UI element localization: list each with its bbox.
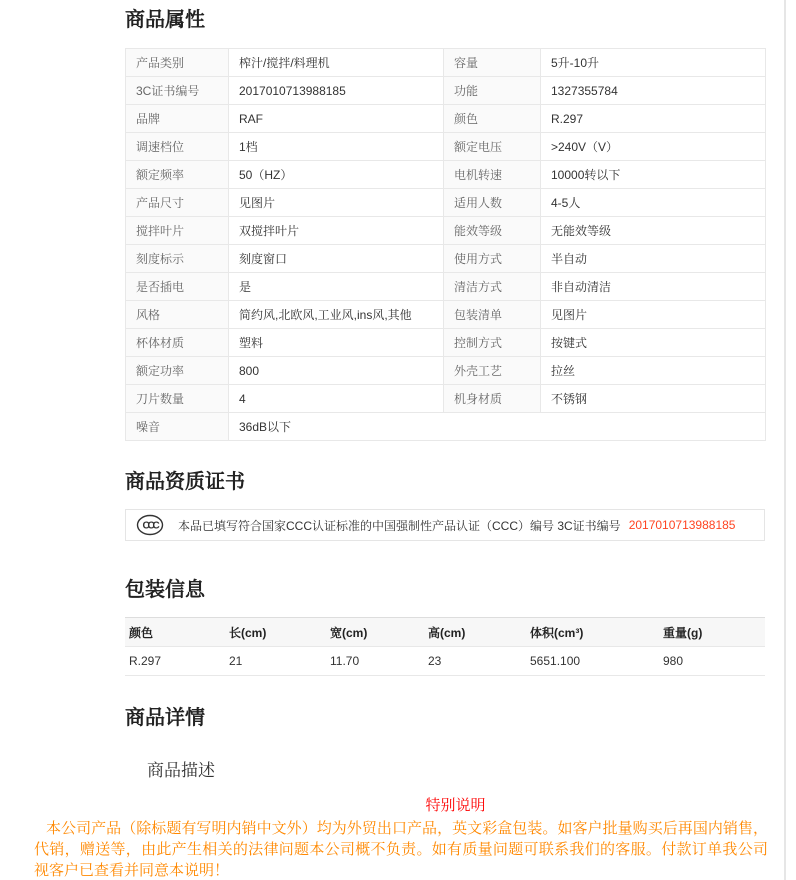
- attr-left-label: 品牌: [126, 105, 229, 133]
- attr-left-value: 塑料: [229, 329, 444, 357]
- certificate-text: 本品已填写符合国家CCC认证标准的中国强制性产品认证（CCC）编号 3C证书编号: [178, 517, 621, 534]
- attr-right-label: 额定电压: [444, 133, 541, 161]
- attribute-row: 是否插电是清洁方式非自动清洁: [126, 273, 766, 301]
- attr-right-value: 4-5人: [541, 189, 766, 217]
- attribute-row: 额定频率50（HZ）电机转速10000转以下: [126, 161, 766, 189]
- attr-left-value: RAF: [229, 105, 444, 133]
- special-note: 特别说明 本公司产品（除标题有写明内销中文外）均为外贸出口产品，英文彩盒包装。如…: [0, 796, 796, 880]
- section-title-details: 商品详情: [125, 707, 765, 729]
- certificate-box: CCC 本品已填写符合国家CCC认证标准的中国强制性产品认证（CCC）编号 3C…: [125, 509, 765, 541]
- attr-right-value: R.297: [541, 105, 766, 133]
- attr-right-label: 功能: [444, 77, 541, 105]
- attr-left-label: 3C证书编号: [126, 77, 229, 105]
- attribute-row: 噪音36dB以下: [126, 413, 766, 441]
- packaging-data-cell: 21: [225, 647, 326, 676]
- attr-right-label: 外壳工艺: [444, 357, 541, 385]
- attr-right-value: 按键式: [541, 329, 766, 357]
- attr-right-label: 机身材质: [444, 385, 541, 413]
- attr-left-value: 刻度窗口: [229, 245, 444, 273]
- attribute-row: 搅拌叶片双搅拌叶片能效等级无能效等级: [126, 217, 766, 245]
- packaging-data-cell: 11.70: [326, 647, 424, 676]
- attr-right-label: 容量: [444, 49, 541, 77]
- attr-left-label: 杯体材质: [126, 329, 229, 357]
- attr-left-value: 是: [229, 273, 444, 301]
- attr-right-label: 适用人数: [444, 189, 541, 217]
- attr-left-label: 产品类别: [126, 49, 229, 77]
- section-title-attributes: 商品属性: [125, 9, 765, 31]
- attr-left-value: 1档: [229, 133, 444, 161]
- attr-right-value: 无能效等级: [541, 217, 766, 245]
- attribute-row: 风格简约风,北欧风,工业风,ins风,其他包装清单见图片: [126, 301, 766, 329]
- attr-left-value: 800: [229, 357, 444, 385]
- attr-left-label: 是否插电: [126, 273, 229, 301]
- attr-left-value: 榨汁/搅拌/料理机: [229, 49, 444, 77]
- special-note-title: 特别说明: [0, 796, 796, 815]
- packaging-data-cell: R.297: [125, 647, 225, 676]
- attr-right-value: 1327355784: [541, 77, 766, 105]
- attribute-row: 产品类别榨汁/搅拌/料理机容量5升-10升: [126, 49, 766, 77]
- attr-right-value: 见图片: [541, 301, 766, 329]
- packaging-header-cell: 长(cm): [225, 618, 326, 647]
- attr-right-value: >240V（V）: [541, 133, 766, 161]
- attr-right-value: 拉丝: [541, 357, 766, 385]
- packaging-header-cell: 宽(cm): [326, 618, 424, 647]
- attr-right-value: 5升-10升: [541, 49, 766, 77]
- ccc-certification-icon: CCC: [136, 514, 164, 536]
- attr-left-label: 搅拌叶片: [126, 217, 229, 245]
- attr-left-label: 刀片数量: [126, 385, 229, 413]
- attr-left-value: 4: [229, 385, 444, 413]
- svg-text:CCC: CCC: [142, 521, 159, 532]
- certificate-number: 2017010713988185: [629, 518, 736, 532]
- attr-left-label: 额定频率: [126, 161, 229, 189]
- attribute-row: 3C证书编号2017010713988185功能1327355784: [126, 77, 766, 105]
- section-title-certificate: 商品资质证书: [125, 471, 765, 493]
- page-right-divider: [784, 0, 786, 880]
- attr-right-label: 使用方式: [444, 245, 541, 273]
- attr-right-label: 电机转速: [444, 161, 541, 189]
- attr-left-value: 见图片: [229, 189, 444, 217]
- packaging-header-row: 颜色长(cm)宽(cm)高(cm)体积(cm³)重量(g): [125, 618, 765, 647]
- packaging-table: 颜色长(cm)宽(cm)高(cm)体积(cm³)重量(g) R.2972111.…: [125, 617, 765, 676]
- attribute-row: 杯体材质塑料控制方式按键式: [126, 329, 766, 357]
- attr-right-label: 包装清单: [444, 301, 541, 329]
- attr-right-label: 控制方式: [444, 329, 541, 357]
- attribute-row: 产品尺寸见图片适用人数4-5人: [126, 189, 766, 217]
- attr-right-value: 非自动清洁: [541, 273, 766, 301]
- attr-left-label: 调速档位: [126, 133, 229, 161]
- attr-left-label: 产品尺寸: [126, 189, 229, 217]
- attr-left-label: 风格: [126, 301, 229, 329]
- packaging-data-row: R.2972111.70235651.100980: [125, 647, 765, 676]
- attribute-row: 调速档位1档额定电压>240V（V）: [126, 133, 766, 161]
- attr-left-label: 刻度标示: [126, 245, 229, 273]
- attr-left-value: 50（HZ）: [229, 161, 444, 189]
- product-detail-content: 商品属性 产品类别榨汁/搅拌/料理机容量5升-10升3C证书编号20170107…: [125, 0, 765, 781]
- attr-left-label: 额定功率: [126, 357, 229, 385]
- packaging-data-cell: 980: [659, 647, 765, 676]
- attr-right-label: 颜色: [444, 105, 541, 133]
- attribute-row: 品牌RAF颜色R.297: [126, 105, 766, 133]
- attr-right-value: 10000转以下: [541, 161, 766, 189]
- attribute-row: 刻度标示刻度窗口使用方式半自动: [126, 245, 766, 273]
- section-title-packaging: 包装信息: [125, 579, 765, 601]
- attr-right-label: 清洁方式: [444, 273, 541, 301]
- attr-left-label: 噪音: [126, 413, 229, 441]
- packaging-data-cell: 5651.100: [526, 647, 659, 676]
- packaging-header-cell: 高(cm): [424, 618, 526, 647]
- packaging-data-cell: 23: [424, 647, 526, 676]
- packaging-header-cell: 体积(cm³): [526, 618, 659, 647]
- attr-left-value: 简约风,北欧风,工业风,ins风,其他: [229, 301, 444, 329]
- attr-left-value: 2017010713988185: [229, 77, 444, 105]
- attr-right-label: 能效等级: [444, 217, 541, 245]
- attr-right-value: 不锈钢: [541, 385, 766, 413]
- special-note-body: 本公司产品（除标题有写明内销中文外）均为外贸出口产品，英文彩盒包装。如客户批量购…: [34, 818, 768, 880]
- attribute-row: 额定功率800外壳工艺拉丝: [126, 357, 766, 385]
- packaging-header-cell: 重量(g): [659, 618, 765, 647]
- attr-right-value: 半自动: [541, 245, 766, 273]
- attr-left-value: 36dB以下: [229, 413, 766, 441]
- attribute-row: 刀片数量4机身材质不锈钢: [126, 385, 766, 413]
- attributes-table: 产品类别榨汁/搅拌/料理机容量5升-10升3C证书编号2017010713988…: [125, 48, 766, 441]
- packaging-header-cell: 颜色: [125, 618, 225, 647]
- product-description-label: 商品描述: [147, 761, 765, 781]
- attr-left-value: 双搅拌叶片: [229, 217, 444, 245]
